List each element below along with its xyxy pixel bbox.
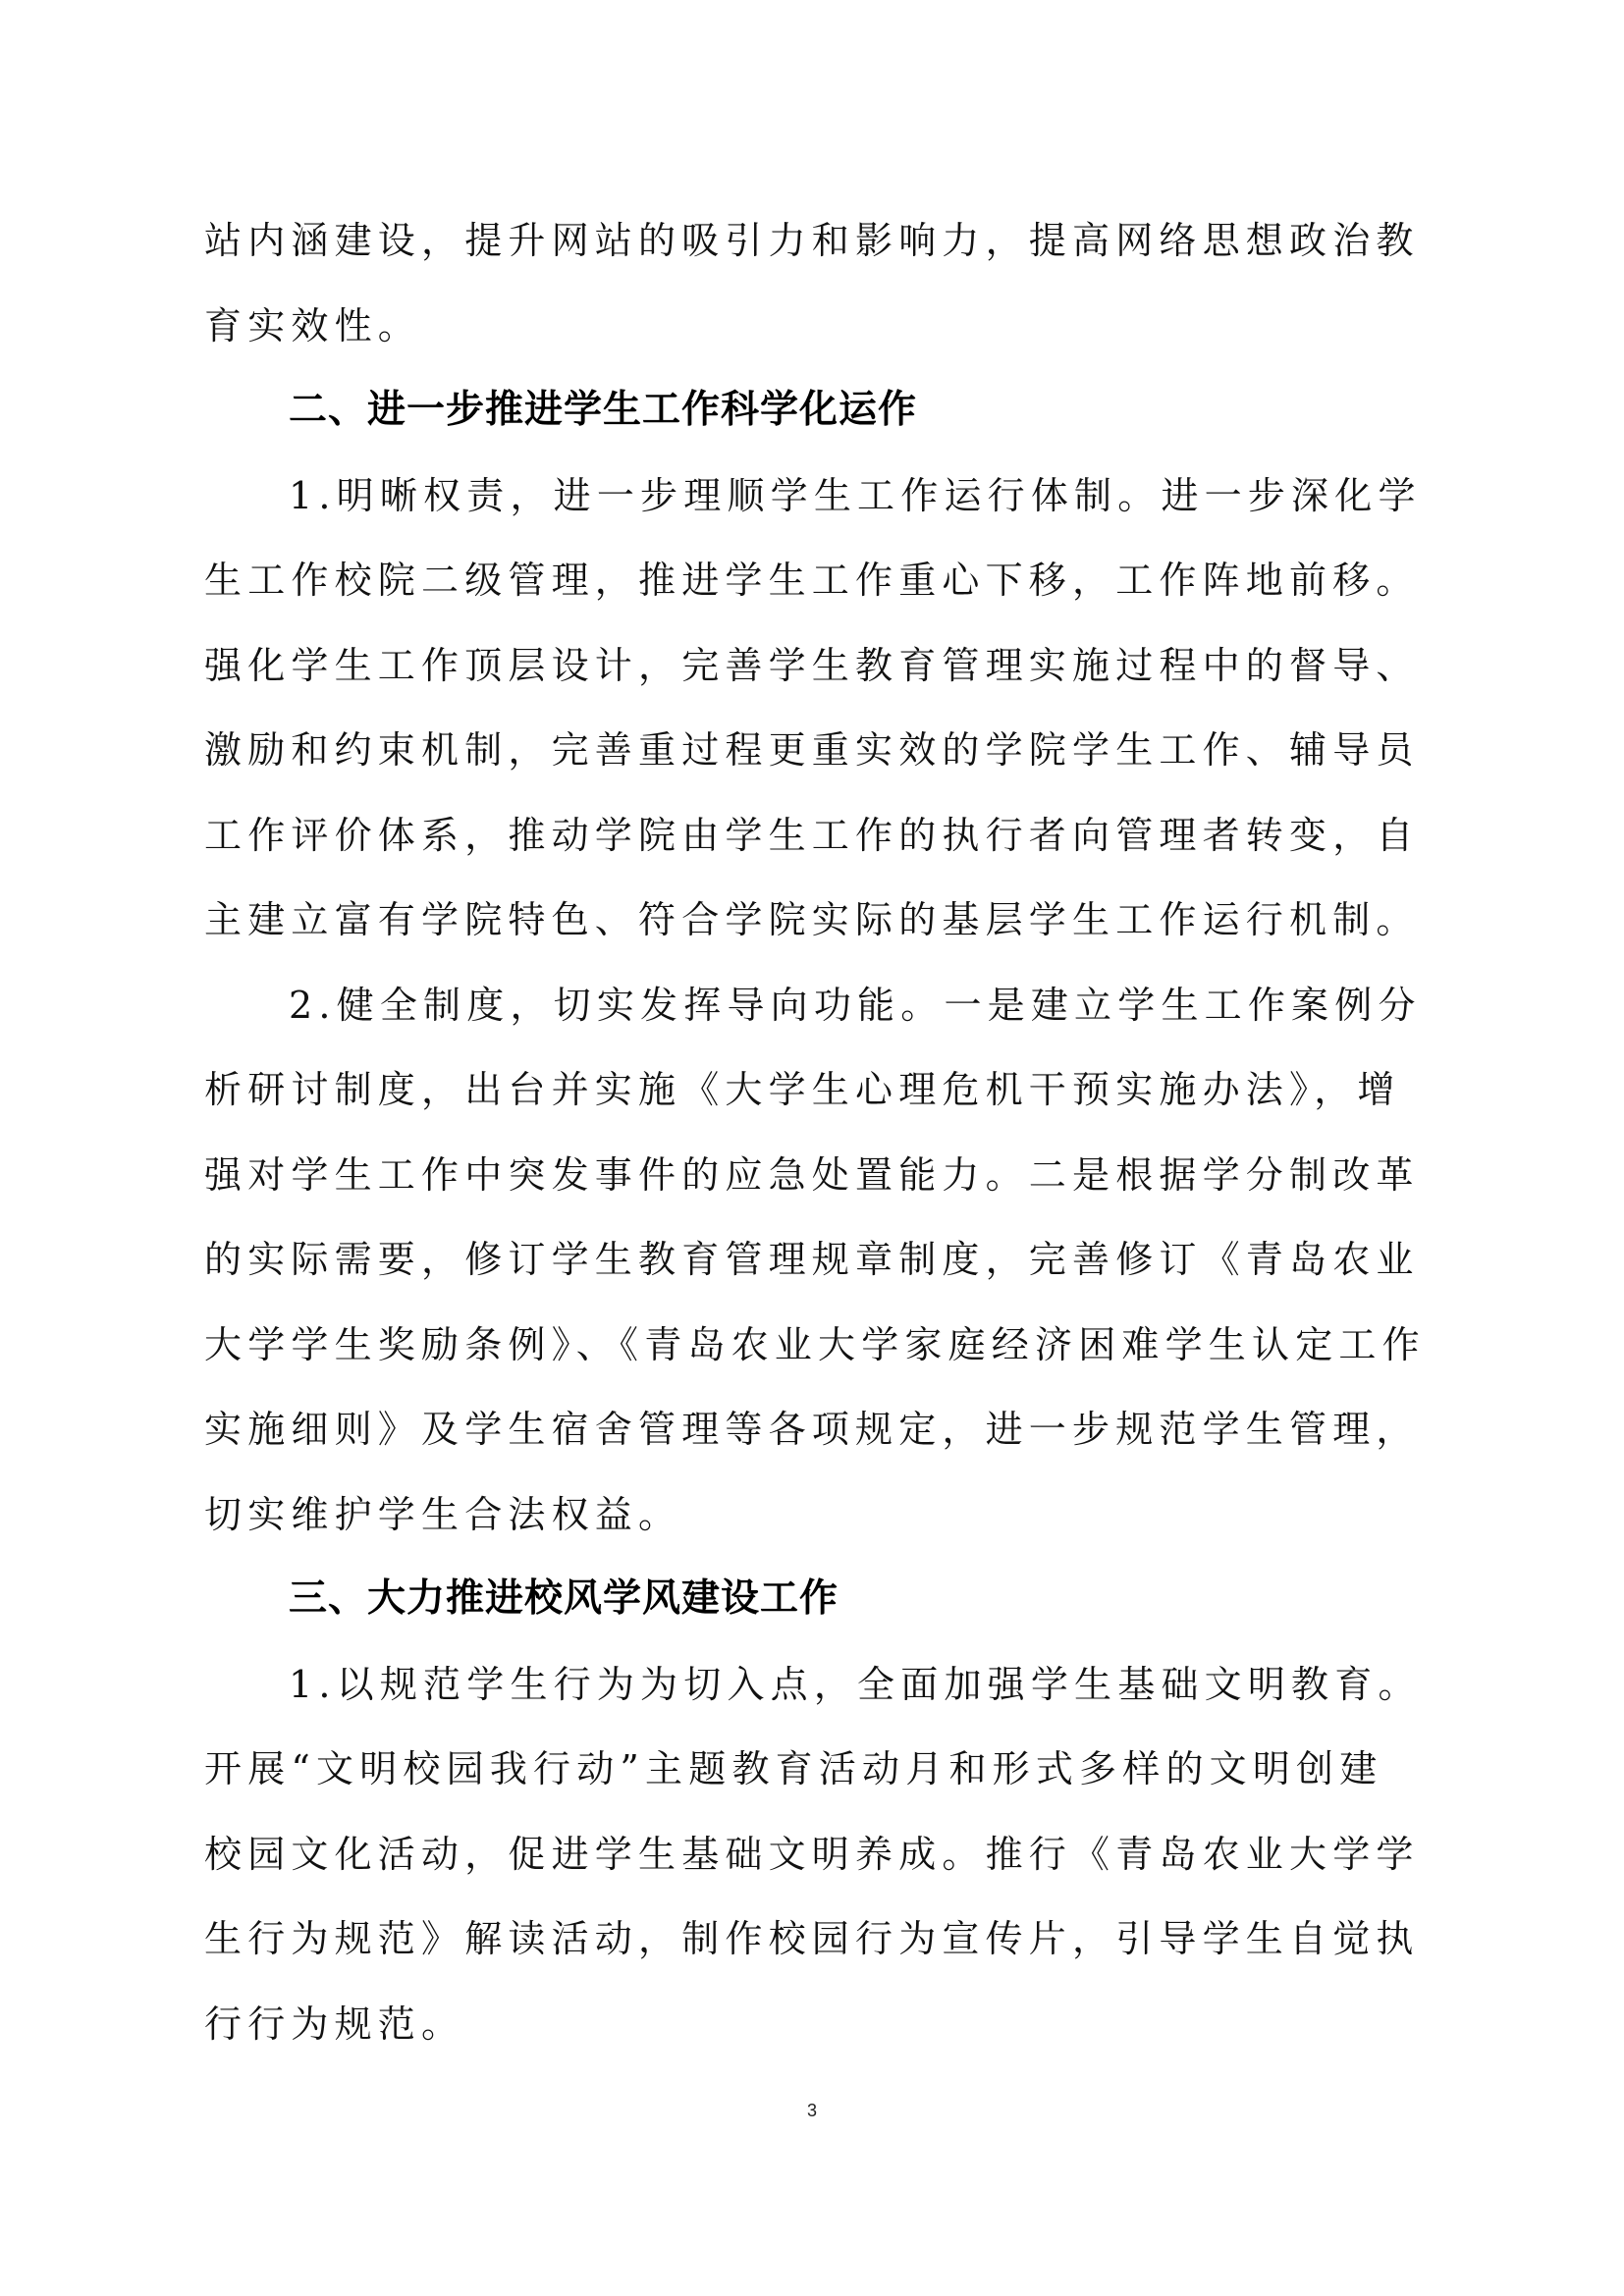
body-line: 析研讨制度，出台并实施《大学生心理危机干预实施办法》，增	[204, 1047, 1432, 1133]
paragraph-start: 2.健全制度，切实发挥导向功能。一是建立学生工作案例分	[204, 963, 1432, 1048]
body-line: 强化学生工作顶层设计，完善学生教育管理实施过程中的督导、	[204, 623, 1432, 709]
body-line: 站内涵建设，提升网站的吸引力和影响力，提高网络思想政治教	[204, 198, 1432, 284]
document-page: 站内涵建设，提升网站的吸引力和影响力，提高网络思想政治教 育实效性。 二、进一步…	[0, 0, 1624, 2296]
section-heading-3: 三、大力推进校风学风建设工作	[204, 1557, 1432, 1642]
body-line: 生行为规范》解读活动，制作校园行为宣传片，引导学生自觉执	[204, 1896, 1432, 1982]
body-line: 实施细则》及学生宿舍管理等各项规定，进一步规范学生管理，	[204, 1387, 1432, 1472]
body-line: 激励和约束机制，完善重过程更重实效的学院学生工作、辅导员	[204, 708, 1432, 793]
body-line: 的实际需要，修订学生教育管理规章制度，完善修订《青岛农业	[204, 1217, 1432, 1303]
body-line: 工作评价体系，推动学院由学生工作的执行者向管理者转变，自	[204, 793, 1432, 879]
body-line: 主建立富有学院特色、符合学院实际的基层学生工作运行机制。	[204, 878, 1432, 963]
body-line: 校园文化活动，促进学生基础文明养成。推行《青岛农业大学学	[204, 1812, 1432, 1897]
section-heading-2: 二、进一步推进学生工作科学化运作	[204, 368, 1432, 454]
body-line: 行行为规范。	[204, 1982, 1432, 2067]
body-line: 大学学生奖励条例》、《青岛农业大学家庭经济困难学生认定工作	[204, 1303, 1432, 1388]
paragraph-start: 1.以规范学生行为为切入点，全面加强学生基础文明教育。	[204, 1642, 1432, 1728]
body-line: 生工作校院二级管理，推进学生工作重心下移，工作阵地前移。	[204, 538, 1432, 623]
body-line: 育实效性。	[204, 284, 1432, 369]
paragraph-start: 1.明晰权责，进一步理顺学生工作运行体制。进一步深化学	[204, 454, 1432, 539]
body-line: 强对学生工作中突发事件的应急处置能力。二是根据学分制改革	[204, 1133, 1432, 1218]
document-body: 站内涵建设，提升网站的吸引力和影响力，提高网络思想政治教 育实效性。 二、进一步…	[204, 198, 1432, 2066]
page-number: 3	[802, 2101, 822, 2121]
body-line: 开展“文明校园我行动”主题教育活动月和形式多样的文明创建	[204, 1727, 1432, 1812]
body-line: 切实维护学生合法权益。	[204, 1472, 1432, 1558]
